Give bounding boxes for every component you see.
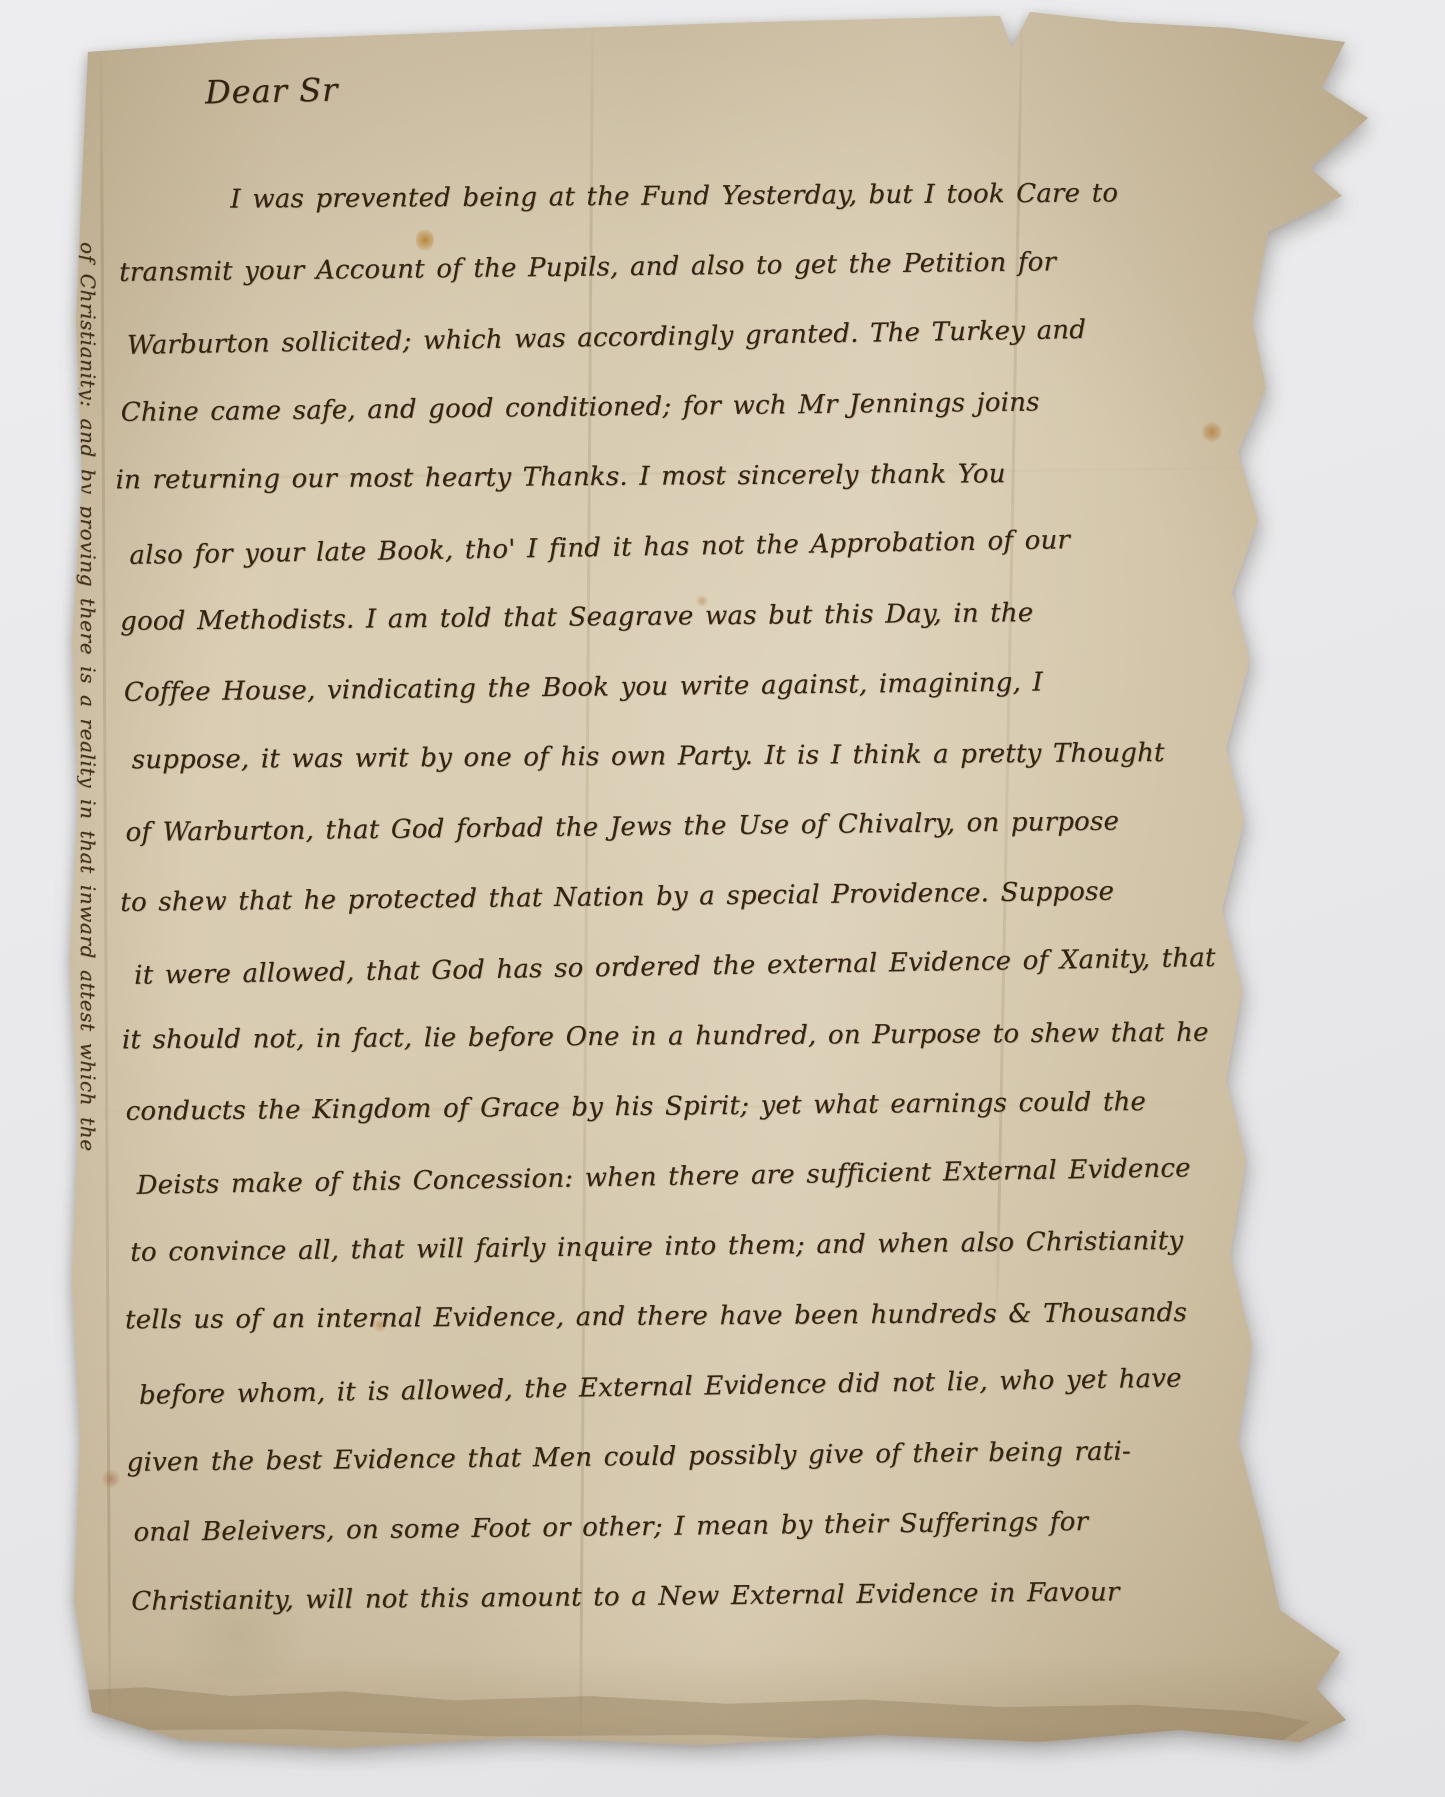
letter-line: I was prevented being at the Fund Yester… bbox=[112, 157, 1292, 235]
letter-sheet: Dear Sr I was prevented being at the Fun… bbox=[0, 0, 1445, 1797]
photo-background: Dear Sr I was prevented being at the Fun… bbox=[0, 0, 1445, 1797]
letter-line: Coffee House, vindicating the Book you w… bbox=[124, 645, 1299, 728]
letter-line: it should not, in fact, lie before One i… bbox=[122, 997, 1302, 1075]
margin-note: of Christianity: and by proving there is… bbox=[74, 242, 100, 1572]
worn-bottom-edge bbox=[70, 1684, 1311, 1749]
foxing-spot bbox=[100, 1470, 122, 1488]
salutation: Dear Sr bbox=[205, 71, 339, 112]
letter-line: onal Beleivers, on some Foot or other; I… bbox=[133, 1485, 1308, 1568]
letter-body: I was prevented being at the Fund Yester… bbox=[112, 155, 1309, 1638]
letter-line: of Warburton, that God forbad the Jews t… bbox=[125, 785, 1300, 868]
fold-crease-left bbox=[100, 56, 112, 1716]
letter-sheet-wrap: Dear Sr I was prevented being at the Fun… bbox=[0, 0, 1445, 1797]
letter-line: good Methodists. I am told that Seagrave… bbox=[120, 576, 1298, 657]
letter-line: Christianity, will not this amount to a … bbox=[131, 1556, 1309, 1637]
letter-line: suppose, it was writ by one of his own P… bbox=[131, 717, 1298, 795]
